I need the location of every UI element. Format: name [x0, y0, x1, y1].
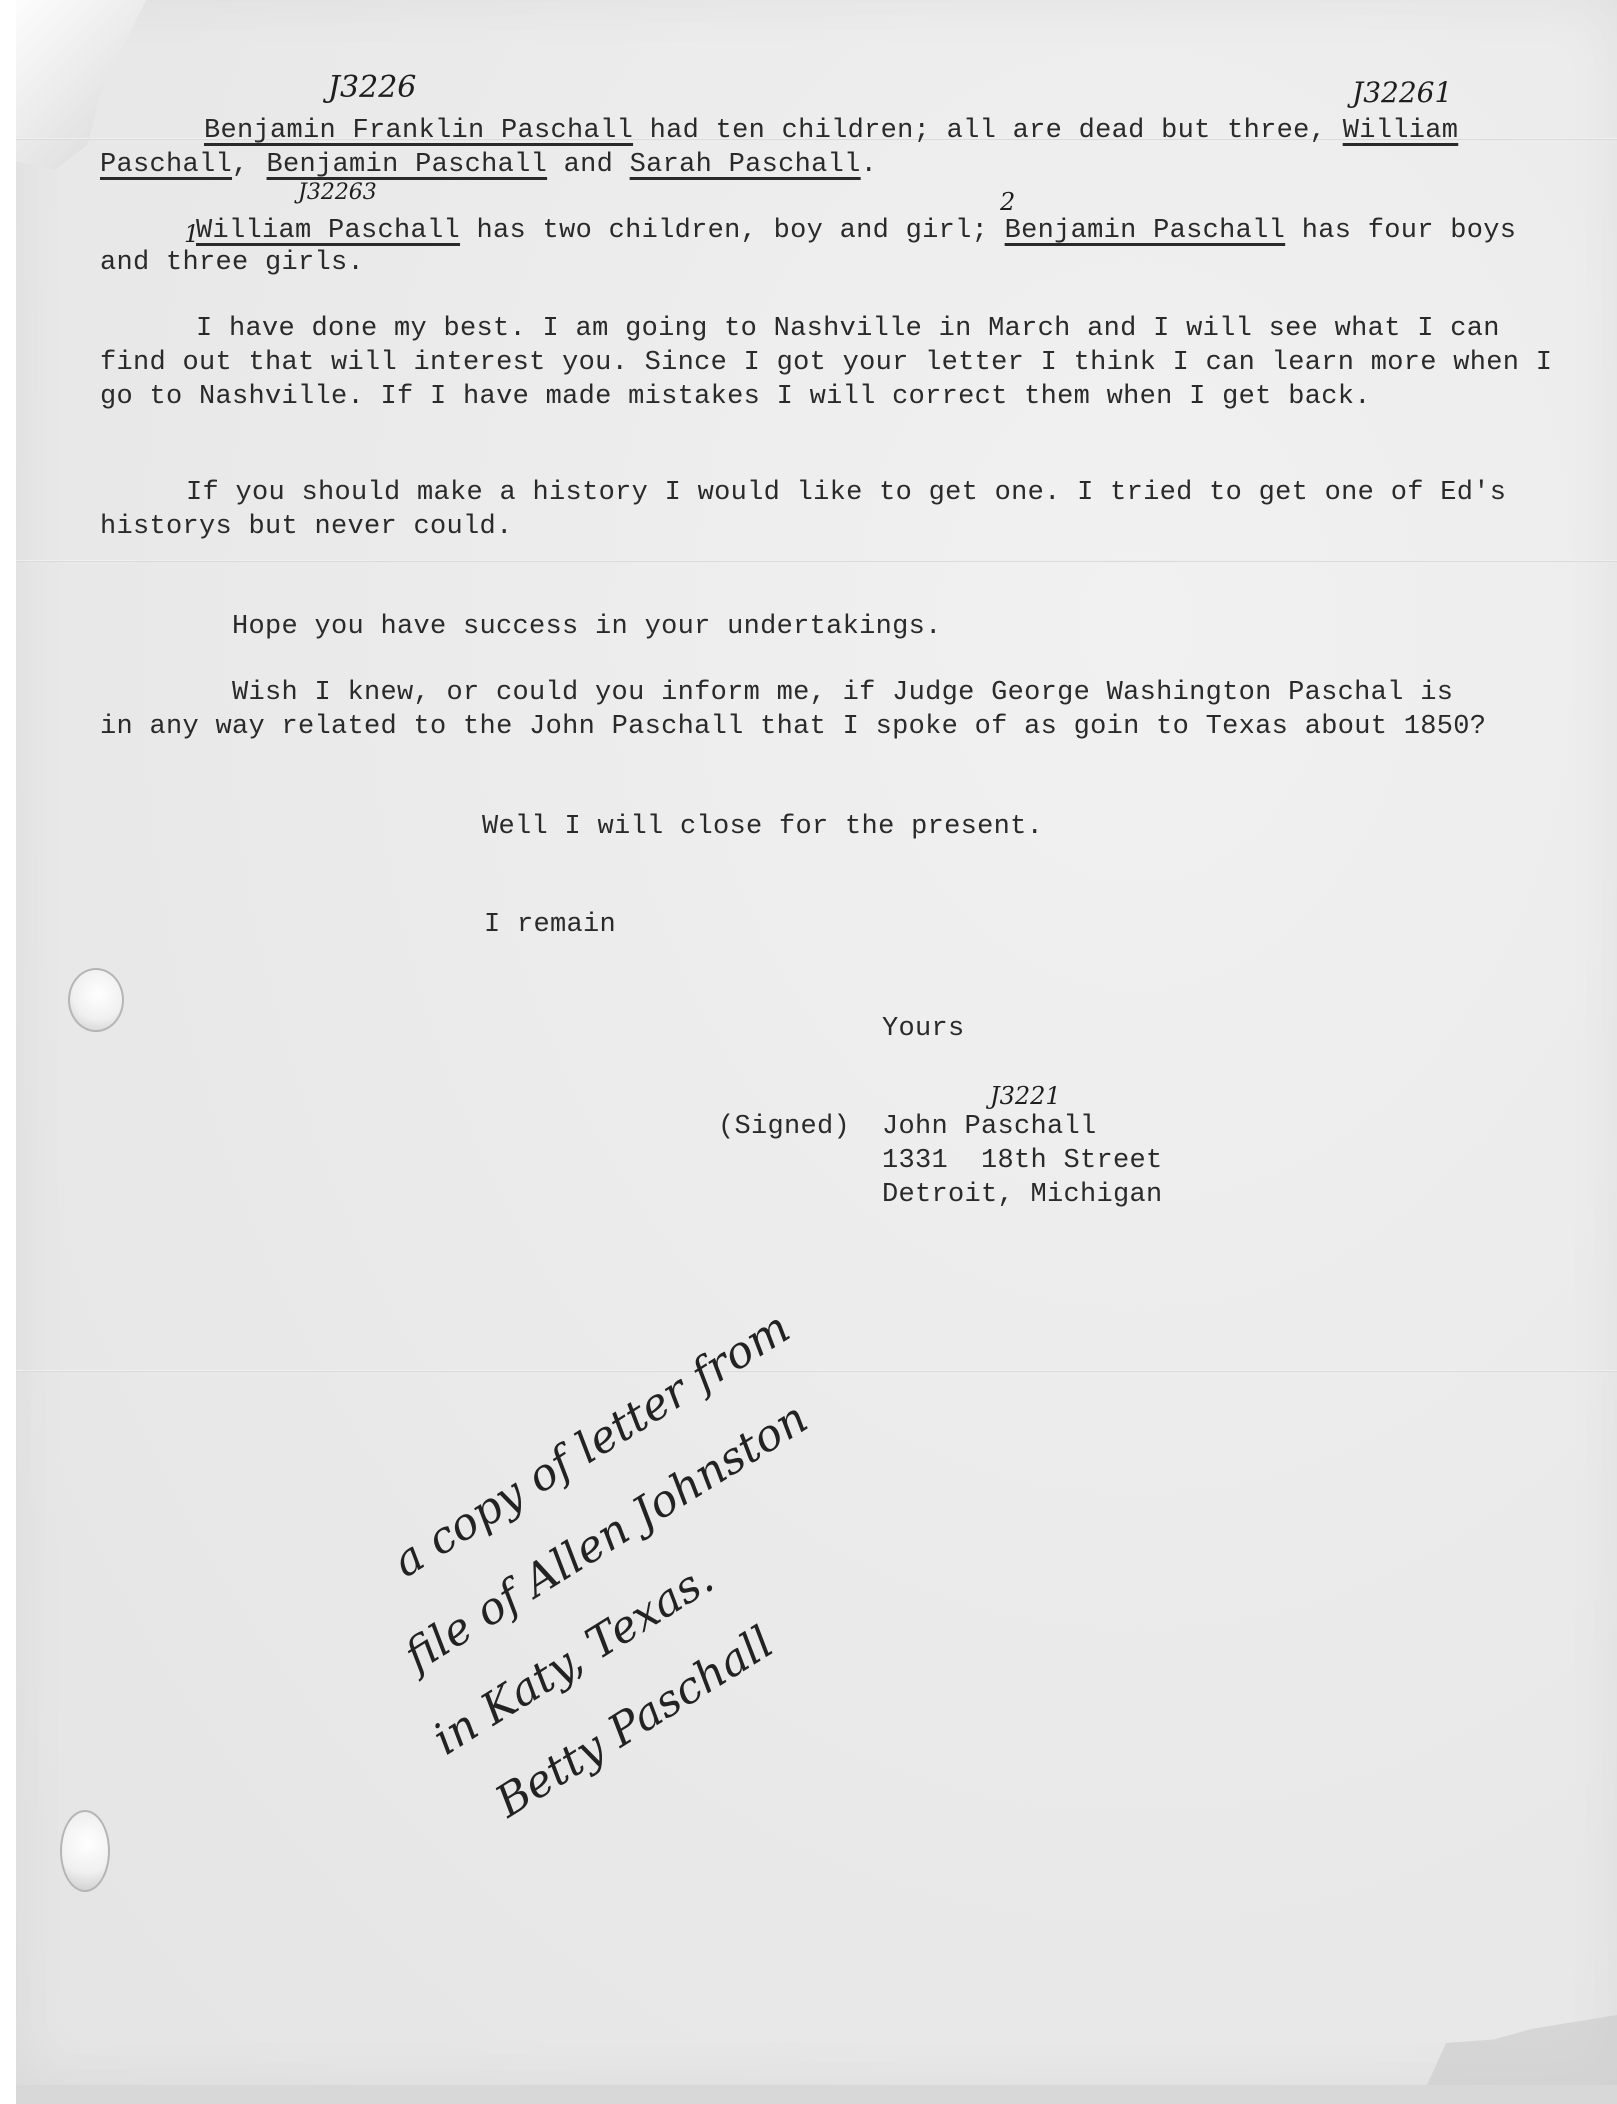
letter-line: Benjamin Franklin Paschall had ten child…: [204, 116, 1458, 146]
paper-fold-line: [16, 1370, 1617, 1372]
annotation-id: J3221: [990, 1082, 1061, 1110]
signer-address-city: Detroit, Michigan: [882, 1180, 1163, 1210]
letter-line: Wish I knew, or could you inform me, if …: [232, 678, 1453, 708]
letter-line: historys but never could.: [100, 512, 513, 542]
paper-sheet: [16, 0, 1617, 2085]
letter-line: in any way related to the John Paschall …: [100, 712, 1486, 742]
letter-line: find out that will interest you. Since I…: [100, 348, 1552, 378]
signer-address-street: 1331 18th Street: [882, 1146, 1163, 1176]
annotation-marker: 2: [1000, 188, 1015, 216]
annotation-id: J3226: [328, 70, 416, 105]
annotation-id: J32261: [1352, 76, 1452, 109]
closing-remain: I remain: [484, 910, 616, 940]
signed-label: (Signed): [718, 1112, 850, 1142]
letter-line: and three girls.: [100, 248, 364, 278]
signer-name: John Paschall: [882, 1112, 1097, 1142]
letter-line: go to Nashville. If I have made mistakes…: [100, 382, 1371, 412]
annotation-id: J32263: [298, 180, 377, 205]
paper-bottom-edge: [16, 2085, 1617, 2104]
letter-line: I have done my best. I am going to Nashv…: [196, 314, 1500, 344]
letter-line: William Paschall has two children, boy a…: [196, 216, 1516, 246]
paper-fold-line: [16, 560, 1617, 562]
letter-line: Hope you have success in your undertakin…: [232, 612, 942, 642]
punch-hole-icon: [60, 1810, 110, 1892]
letter-line: Well I will close for the present.: [482, 812, 1043, 842]
letter-line: If you should make a history I would lik…: [186, 478, 1506, 508]
closing-yours: Yours: [882, 1014, 965, 1044]
letter-line: Paschall,Benjamin Paschall and Sarah Pas…: [100, 150, 877, 180]
punch-hole-icon: [68, 968, 124, 1032]
